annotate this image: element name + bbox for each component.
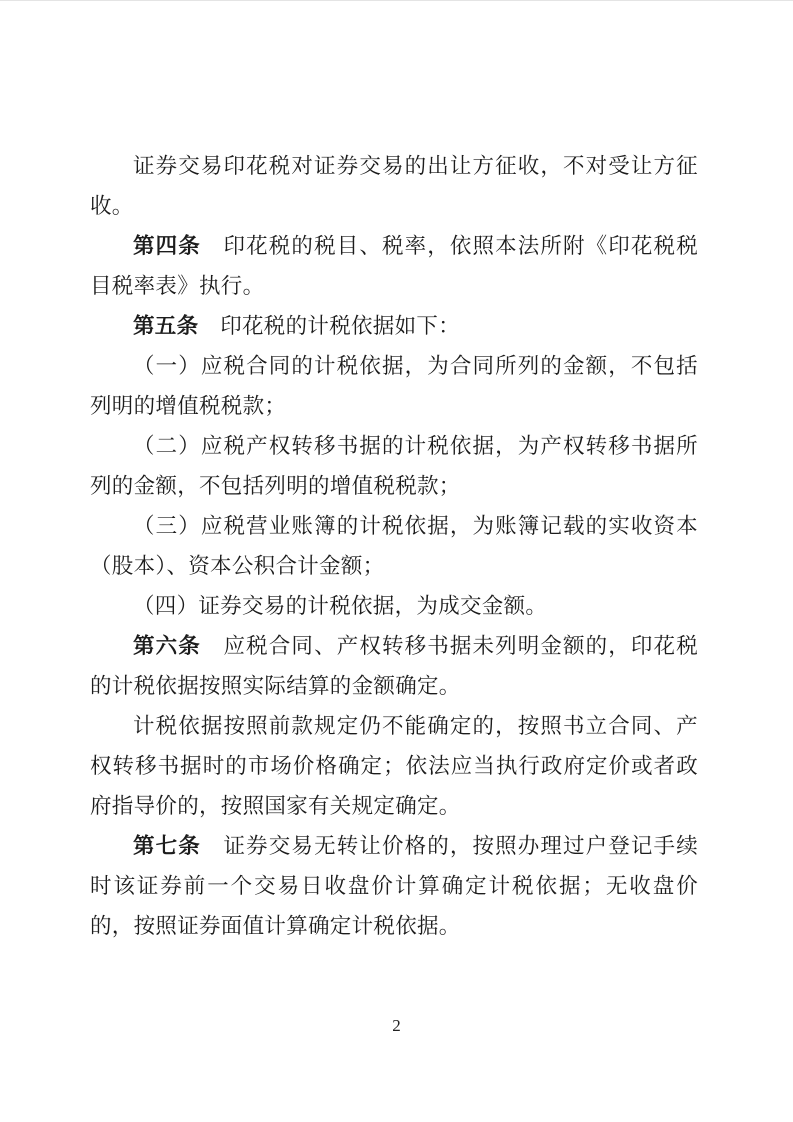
text-run: （二）应税产权转移书据的计税依据，为产权转移书据所列的金额，不包括列明的增值税税… xyxy=(90,434,698,498)
paragraph: （四）证券交易的计税依据，为成交金额。 xyxy=(90,586,698,626)
article-heading: 第五条 xyxy=(133,314,198,338)
paragraph: （二）应税产权转移书据的计税依据，为产权转移书据所列的金额，不包括列明的增值税税… xyxy=(90,426,698,506)
text-run: 证券交易印花税对证券交易的出让方征收，不对受让方征收。 xyxy=(90,154,698,218)
text-run: （一）应税合同的计税依据，为合同所列的金额，不包括列明的增值税税款； xyxy=(90,354,698,418)
text-run: （三）应税营业账簿的计税依据，为账簿记载的实收资本（股本）、资本公积合计金额； xyxy=(90,514,698,578)
paragraph: （一）应税合同的计税依据，为合同所列的金额，不包括列明的增值税税款； xyxy=(90,346,698,426)
document-page: 证券交易印花税对证券交易的出让方征收，不对受让方征收。第四条 印花税的税目、税率… xyxy=(0,0,793,1122)
document-body: 证券交易印花税对证券交易的出让方征收，不对受让方征收。第四条 印花税的税目、税率… xyxy=(90,146,698,946)
paragraph: 第四条 印花税的税目、税率，依照本法所附《印花税税目税率表》执行。 xyxy=(90,226,698,306)
page-number: 2 xyxy=(0,1013,793,1039)
paragraph: （三）应税营业账簿的计税依据，为账簿记载的实收资本（股本）、资本公积合计金额； xyxy=(90,506,698,586)
paragraph: 第六条 应税合同、产权转移书据未列明金额的，印花税的计税依据按照实际结算的金额确… xyxy=(90,626,698,706)
paragraph: 计税依据按照前款规定仍不能确定的，按照书立合同、产权转移书据时的市场价格确定；依… xyxy=(90,706,698,826)
article-heading: 第七条 xyxy=(133,834,201,858)
text-run: 计税依据按照前款规定仍不能确定的，按照书立合同、产权转移书据时的市场价格确定；依… xyxy=(90,714,698,818)
paragraph: 第七条 证券交易无转让价格的，按照办理过户登记手续时该证券前一个交易日收盘价计算… xyxy=(90,826,698,946)
article-heading: 第四条 xyxy=(133,234,201,258)
article-heading: 第六条 xyxy=(133,634,201,658)
text-run: （四）证券交易的计税依据，为成交金额。 xyxy=(133,594,547,618)
text-run: 印花税的计税依据如下： xyxy=(198,314,460,338)
paragraph: 证券交易印花税对证券交易的出让方征收，不对受让方征收。 xyxy=(90,146,698,226)
paragraph: 第五条 印花税的计税依据如下： xyxy=(90,306,698,346)
